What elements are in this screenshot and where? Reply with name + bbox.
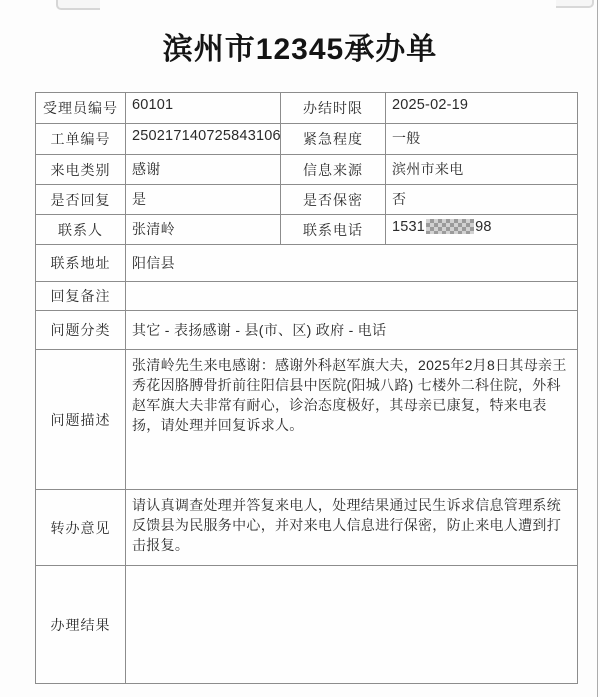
page-title: 滨州市12345承办单	[0, 24, 600, 68]
field-value-info-source: 滨州市来电	[386, 155, 578, 185]
field-value-confidential: 否	[386, 185, 578, 215]
field-label-acceptor-id: 受理员编号	[36, 93, 126, 124]
table-row: 联系地址 阳信县	[36, 245, 578, 282]
field-label-reply-remark: 回复备注	[36, 282, 126, 311]
table-row: 来电类别 感谢 信息来源 滨州市来电	[36, 155, 578, 185]
table-row: 问题分类 其它 - 表扬感谢 - 县(市、区) 政府 - 电话	[36, 311, 578, 350]
field-value-contact-name: 张清岭	[126, 215, 281, 245]
field-label-urgency: 紧急程度	[281, 124, 386, 155]
field-value-issue-category: 其它 - 表扬感谢 - 县(市、区) 政府 - 电话	[126, 311, 578, 350]
table-row: 联系人 张清岭 联系电话 153198	[36, 215, 578, 245]
field-label-contact-name: 联系人	[36, 215, 126, 245]
field-value-handling-result	[126, 566, 578, 684]
field-label-issue-description: 问题描述	[36, 350, 126, 490]
ticket-form-table: 受理员编号 60101 办结时限 2025-02-19 工单编号 2502171…	[35, 92, 578, 684]
field-label-confidential: 是否保密	[281, 185, 386, 215]
field-value-issue-description: 张清岭先生来电感谢：感谢外科赵军旗大夫，2025年2月8日其母亲王秀花因胳膊骨折…	[126, 350, 578, 490]
cropped-ui-artifact-top-left	[56, 0, 100, 10]
field-label-contact-phone: 联系电话	[281, 215, 386, 245]
cropped-ui-artifact-top-right	[556, 0, 594, 8]
field-value-reply-required: 是	[126, 185, 281, 215]
field-label-transfer-opinion: 转办意见	[36, 490, 126, 566]
field-label-info-source: 信息来源	[281, 155, 386, 185]
phone-prefix: 1531	[392, 219, 425, 235]
field-value-reply-remark	[126, 282, 578, 311]
field-value-deadline: 2025-02-19	[386, 93, 578, 124]
field-label-call-type: 来电类别	[36, 155, 126, 185]
field-value-acceptor-id: 60101	[126, 93, 281, 124]
field-label-deadline: 办结时限	[281, 93, 386, 124]
field-label-contact-address: 联系地址	[36, 245, 126, 282]
table-row: 工单编号 250217140725843106 紧急程度 一般	[36, 124, 578, 155]
field-label-order-id: 工单编号	[36, 124, 126, 155]
phone-suffix: 98	[475, 219, 492, 235]
field-value-order-id: 250217140725843106	[126, 124, 281, 155]
phone-censor-mosaic	[426, 219, 474, 234]
page-right-edge-line	[597, 0, 598, 697]
field-value-transfer-opinion: 请认真调查处理并答复来电人，处理结果通过民生诉求信息管理系统反馈县为民服务中心，…	[126, 490, 578, 566]
table-row: 问题描述 张清岭先生来电感谢：感谢外科赵军旗大夫，2025年2月8日其母亲王秀花…	[36, 350, 578, 490]
field-label-handling-result: 办理结果	[36, 566, 126, 684]
table-row: 办理结果	[36, 566, 578, 684]
field-value-call-type: 感谢	[126, 155, 281, 185]
field-label-reply-required: 是否回复	[36, 185, 126, 215]
field-label-issue-category: 问题分类	[36, 311, 126, 350]
field-value-urgency: 一般	[386, 124, 578, 155]
field-value-contact-address: 阳信县	[126, 245, 578, 282]
table-row: 转办意见 请认真调查处理并答复来电人，处理结果通过民生诉求信息管理系统反馈县为民…	[36, 490, 578, 566]
table-row: 受理员编号 60101 办结时限 2025-02-19	[36, 93, 578, 124]
field-value-contact-phone: 153198	[386, 215, 578, 245]
table-row: 回复备注	[36, 282, 578, 311]
table-row: 是否回复 是 是否保密 否	[36, 185, 578, 215]
